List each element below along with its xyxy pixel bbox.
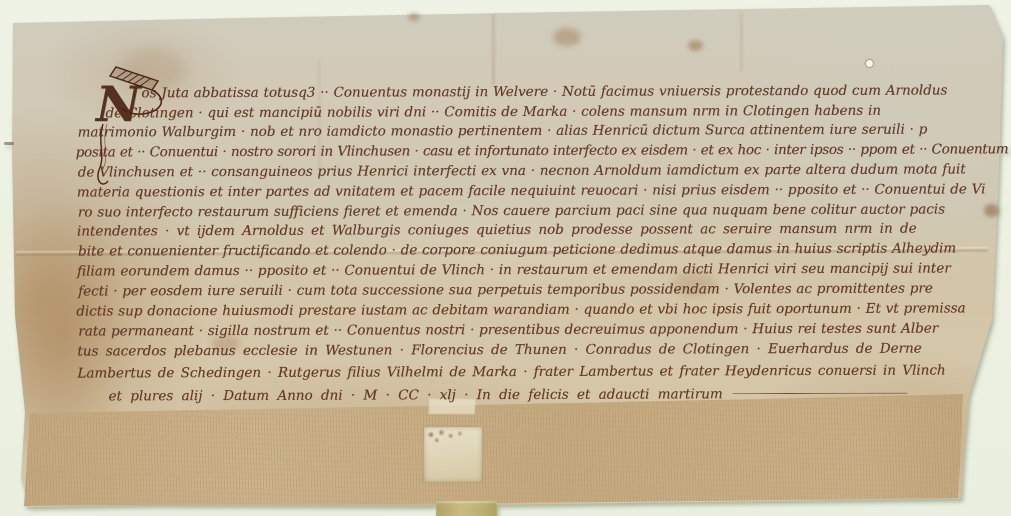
charter-text-line: filiam eorundem damus ·· pposito et ·· C… [77, 262, 951, 279]
charter-text-line: tus sacerdos plebanus ecclesie in Westun… [77, 343, 921, 359]
charter-text-line: intendentes · vt ijdem Arnoldus et Walbu… [77, 223, 917, 239]
charter-text-line: rata permaneant · sigilla nostrum et ·· … [78, 322, 938, 339]
charter-text-line: materia questionis et inter partes ad vn… [77, 183, 986, 200]
charter-text-line: et plures alij · Datum Anno dni · M · CC… [108, 388, 907, 404]
date-line-text: et plures alij · Datum Anno dni · M · CC… [108, 386, 722, 404]
charter-text-line: bite et conuenienter fructificando et co… [78, 242, 956, 259]
parchment-charter: N os Juta abbatissa totusq3 ·· Conuentus… [0, 0, 1011, 516]
charter-text-line: dictis sup donacione huiusmodi prestare … [76, 302, 965, 319]
charter-text-line: fecti · per eosdem iure seruili · cum to… [78, 283, 933, 299]
charter-text-line: de Vlinchusen et ·· consanguineos prius … [78, 163, 966, 180]
charter-text: os Juta abbatissa totusq3 ·· Conuentus m… [0, 0, 1011, 516]
charter-text-line: matrimonio Walburgim · nob et nro iamdic… [78, 124, 928, 140]
charter-text-line: os Juta abbatissa totusq3 ·· Conuentus m… [141, 84, 947, 100]
charter-text-line: posita et ·· Conuentui · nostro sorori i… [76, 143, 1009, 160]
line-filler-stroke [733, 393, 908, 395]
charter-text-line: Lambertus de Schedingen · Rutgerus filiu… [77, 364, 945, 381]
charter-text-line: de Clotingen · qui est mancipiū nobilis … [105, 105, 881, 121]
charter-text-line: ro suo interfecto restaurum sufficiens f… [78, 203, 945, 220]
photo-background: N os Juta abbatissa totusq3 ·· Conuentus… [0, 0, 1011, 516]
